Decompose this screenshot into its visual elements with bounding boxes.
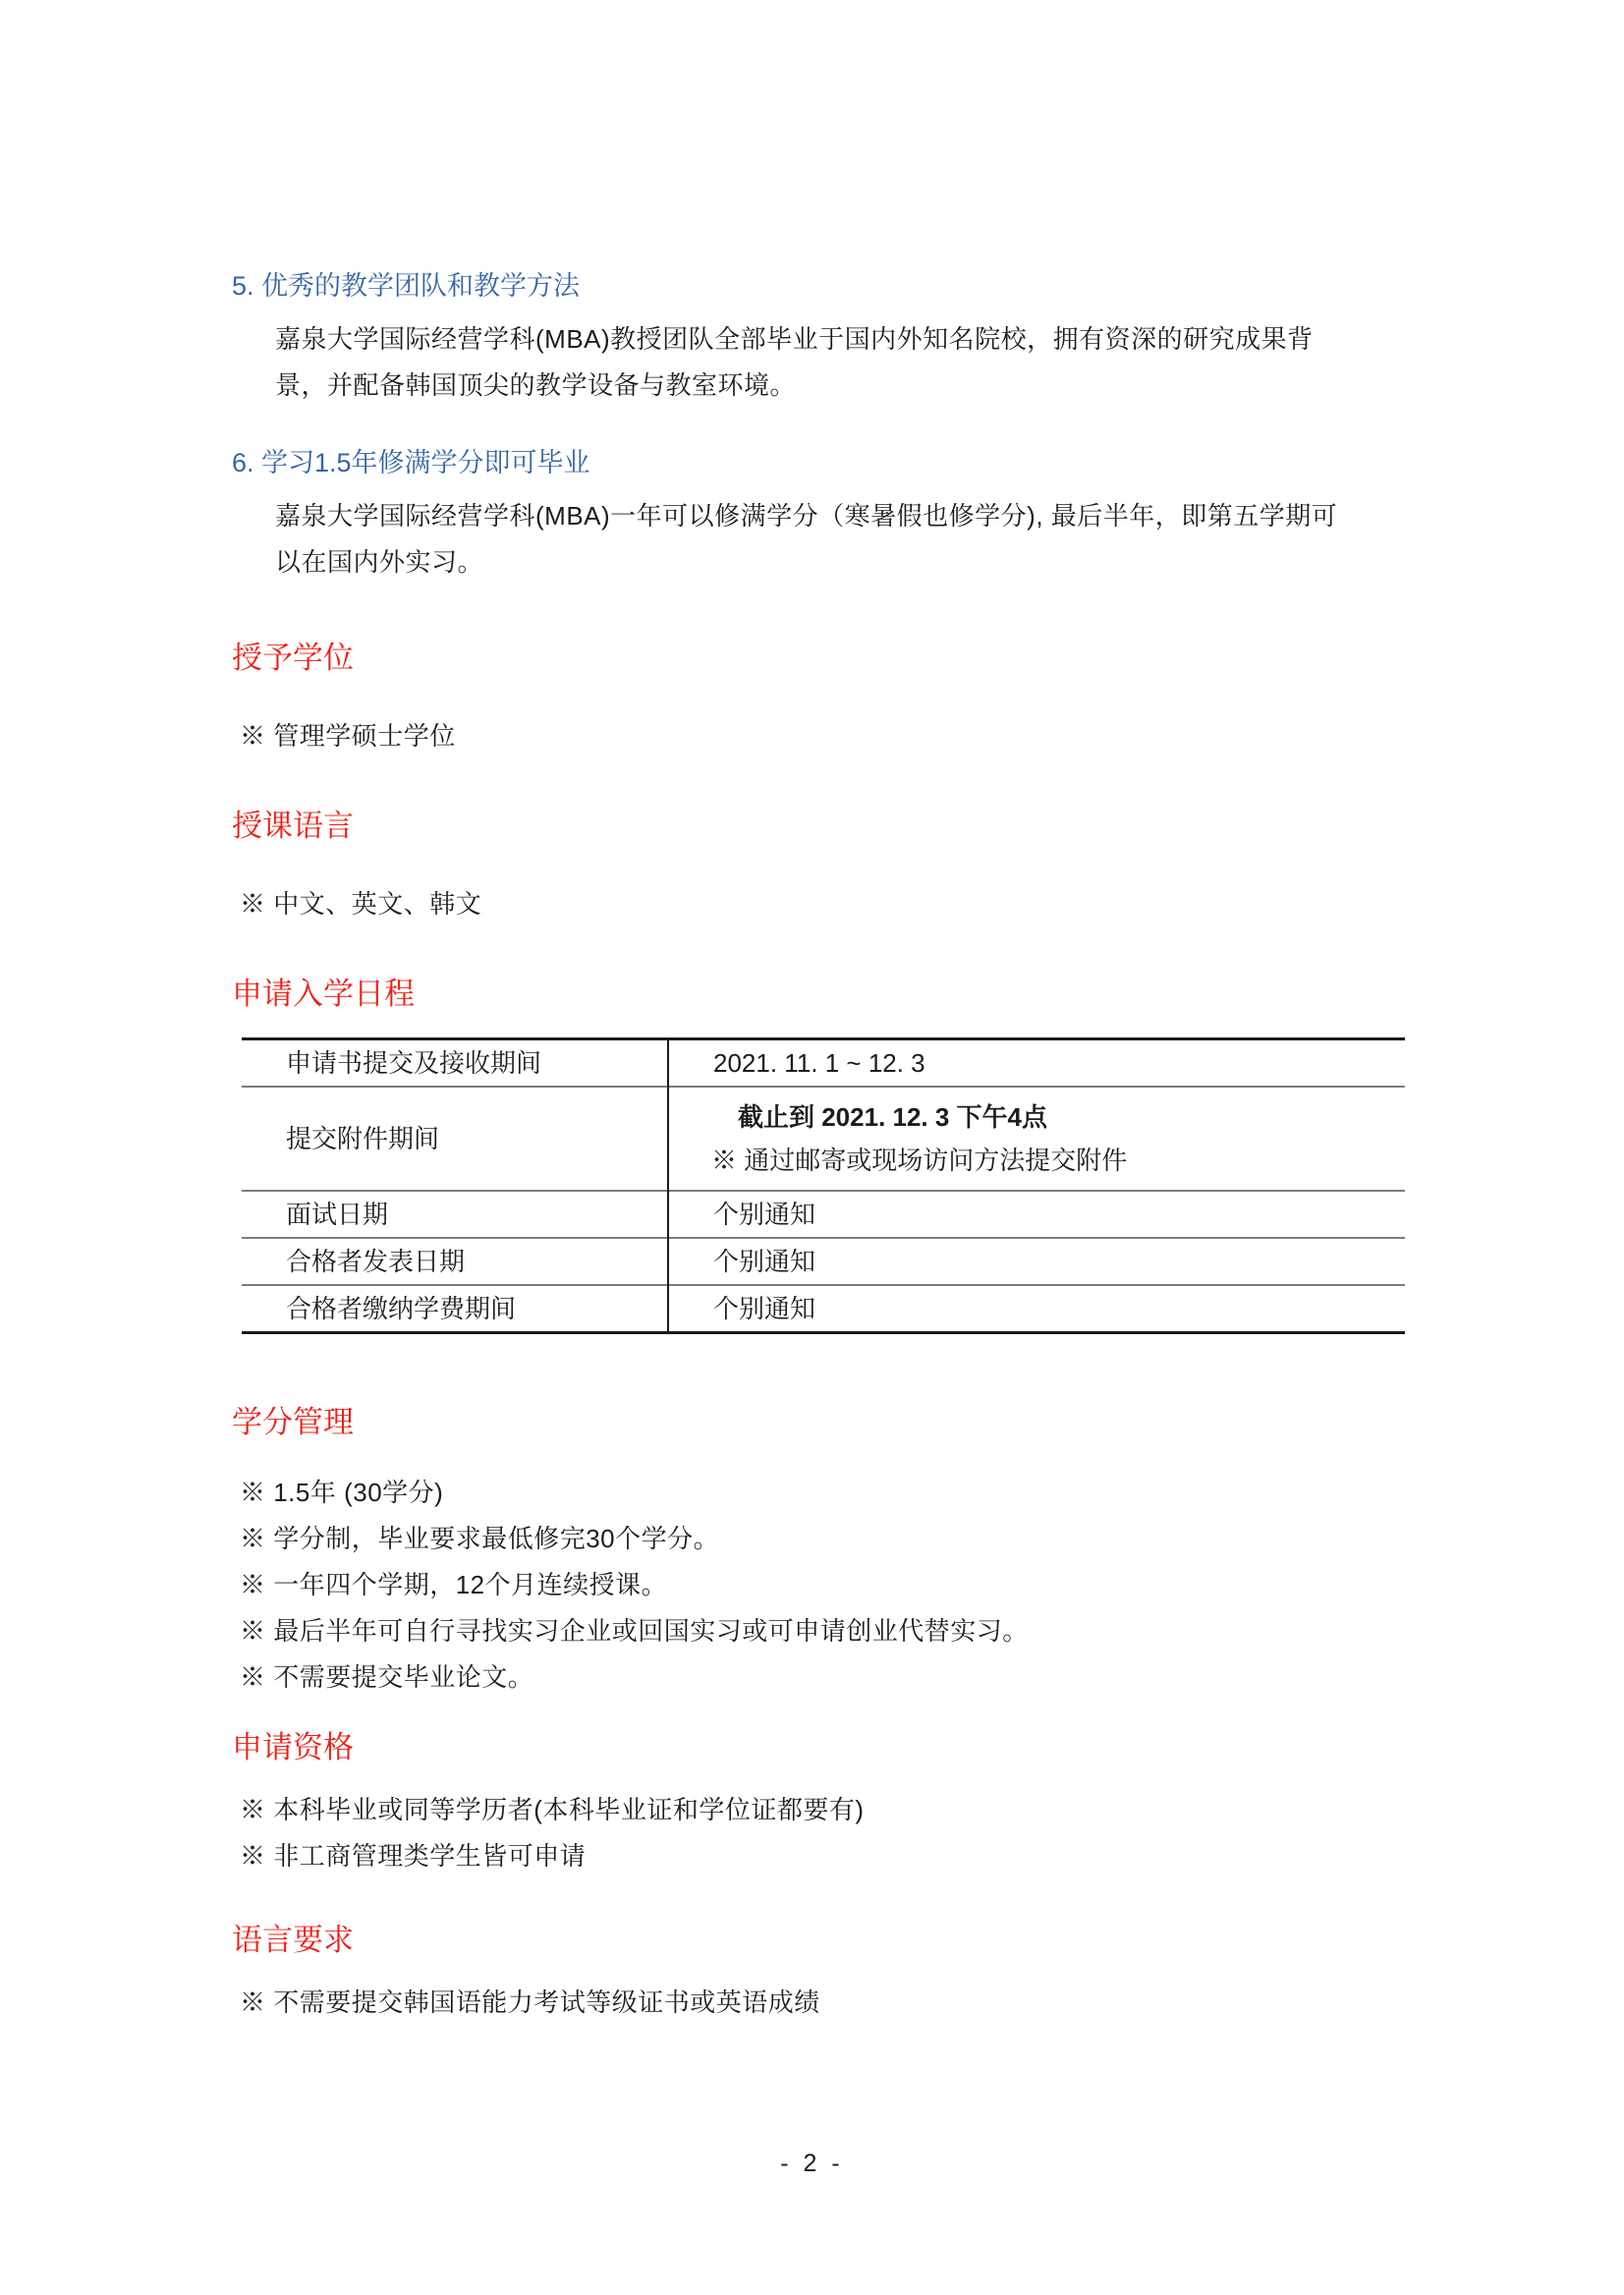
bullet-item: ※ 非工商管理类学生皆可申请	[240, 1833, 1439, 1879]
schedule-deadline-text: 截止到 2021. 12. 3 下午4点	[694, 1095, 1405, 1139]
bullet-item: ※ 1.5年 (30学分)	[240, 1470, 1439, 1516]
document-content: 5. 优秀的教学团队和教学方法 嘉泉大学国际经营学科(MBA)教授团队全部毕业于…	[232, 269, 1439, 2026]
schedule-row-value: 2021. 11. 1 ~ 12. 3	[668, 1039, 1405, 1088]
schedule-table: 申请书提交及接收期间 2021. 11. 1 ~ 12. 3 提交附件期间 截止…	[242, 1037, 1405, 1334]
bullet-item: ※ 不需要提交毕业论文。	[240, 1654, 1439, 1701]
section-heading-teaching-team: 5. 优秀的教学团队和教学方法	[232, 269, 1439, 303]
schedule-row-value: 个别通知	[668, 1191, 1405, 1238]
bullet-item: ※ 中文、英文、韩文	[240, 881, 1439, 927]
section-body-graduation: 嘉泉大学国际经营学科(MBA)一年可以修满学分（寒暑假也修学分), 最后半年，即…	[275, 493, 1439, 586]
schedule-row-value: 截止到 2021. 12. 3 下午4点 ※ 通过邮寄或现场访问方法提交附件	[668, 1087, 1405, 1191]
bullet-item: ※ 管理学硕士学位	[240, 713, 1439, 759]
schedule-table-row: 面试日期 个别通知	[242, 1191, 1405, 1238]
section-heading-schedule: 申请入学日程	[232, 975, 1439, 1014]
schedule-deadline-note: ※ 通过邮寄或现场访问方法提交附件	[694, 1139, 1405, 1182]
bullet-item: ※ 不需要提交韩国语能力考试等级证书或英语成绩	[240, 1980, 1439, 2026]
schedule-row-label: 合格者发表日期	[242, 1238, 668, 1285]
schedule-table-row: 合格者发表日期 个别通知	[242, 1238, 1405, 1285]
bullet-item: ※ 最后半年可自行寻找实习企业或回国实习或可申请创业代替实习。	[240, 1608, 1439, 1654]
language-requirement-list: ※ 不需要提交韩国语能力考试等级证书或英语成绩	[240, 1980, 1439, 2026]
schedule-row-label: 合格者缴纳学费期间	[242, 1285, 668, 1333]
teaching-language-list: ※ 中文、英文、韩文	[240, 881, 1439, 927]
schedule-table-row: 合格者缴纳学费期间 个别通知	[242, 1285, 1405, 1333]
schedule-table-row: 提交附件期间 截止到 2021. 12. 3 下午4点 ※ 通过邮寄或现场访问方…	[242, 1087, 1405, 1191]
document-page: 5. 优秀的教学团队和教学方法 嘉泉大学国际经营学科(MBA)教授团队全部毕业于…	[0, 0, 1624, 2295]
schedule-row-label: 面试日期	[242, 1191, 668, 1238]
eligibility-list: ※ 本科毕业或同等学历者(本科毕业证和学位证都要有) ※ 非工商管理类学生皆可申…	[240, 1787, 1439, 1879]
section-heading-teaching-language: 授课语言	[232, 807, 1439, 846]
section-heading-graduation: 6. 学习1.5年修满学分即可毕业	[232, 446, 1439, 479]
section-heading-degree: 授予学位	[232, 639, 1439, 678]
section-heading-eligibility: 申请资格	[232, 1728, 1439, 1767]
page-number: - 2 -	[0, 2150, 1624, 2178]
bullet-item: ※ 本科毕业或同等学历者(本科毕业证和学位证都要有)	[240, 1787, 1439, 1833]
schedule-row-value: 个别通知	[668, 1238, 1405, 1285]
section-body-teaching-team: 嘉泉大学国际经营学科(MBA)教授团队全部毕业于国内外知名院校，拥有资深的研究成…	[275, 316, 1439, 409]
schedule-table-row: 申请书提交及接收期间 2021. 11. 1 ~ 12. 3	[242, 1039, 1405, 1088]
schedule-row-label: 申请书提交及接收期间	[242, 1039, 668, 1088]
credits-list: ※ 1.5年 (30学分) ※ 学分制，毕业要求最低修完30个学分。 ※ 一年四…	[240, 1470, 1439, 1701]
degree-list: ※ 管理学硕士学位	[240, 713, 1439, 759]
schedule-row-label: 提交附件期间	[242, 1087, 668, 1191]
bullet-item: ※ 一年四个学期，12个月连续授课。	[240, 1562, 1439, 1608]
bullet-item: ※ 学分制，毕业要求最低修完30个学分。	[240, 1516, 1439, 1562]
schedule-row-value: 个别通知	[668, 1285, 1405, 1333]
section-heading-credits: 学分管理	[232, 1403, 1439, 1442]
section-heading-language-requirement: 语言要求	[232, 1921, 1439, 1960]
